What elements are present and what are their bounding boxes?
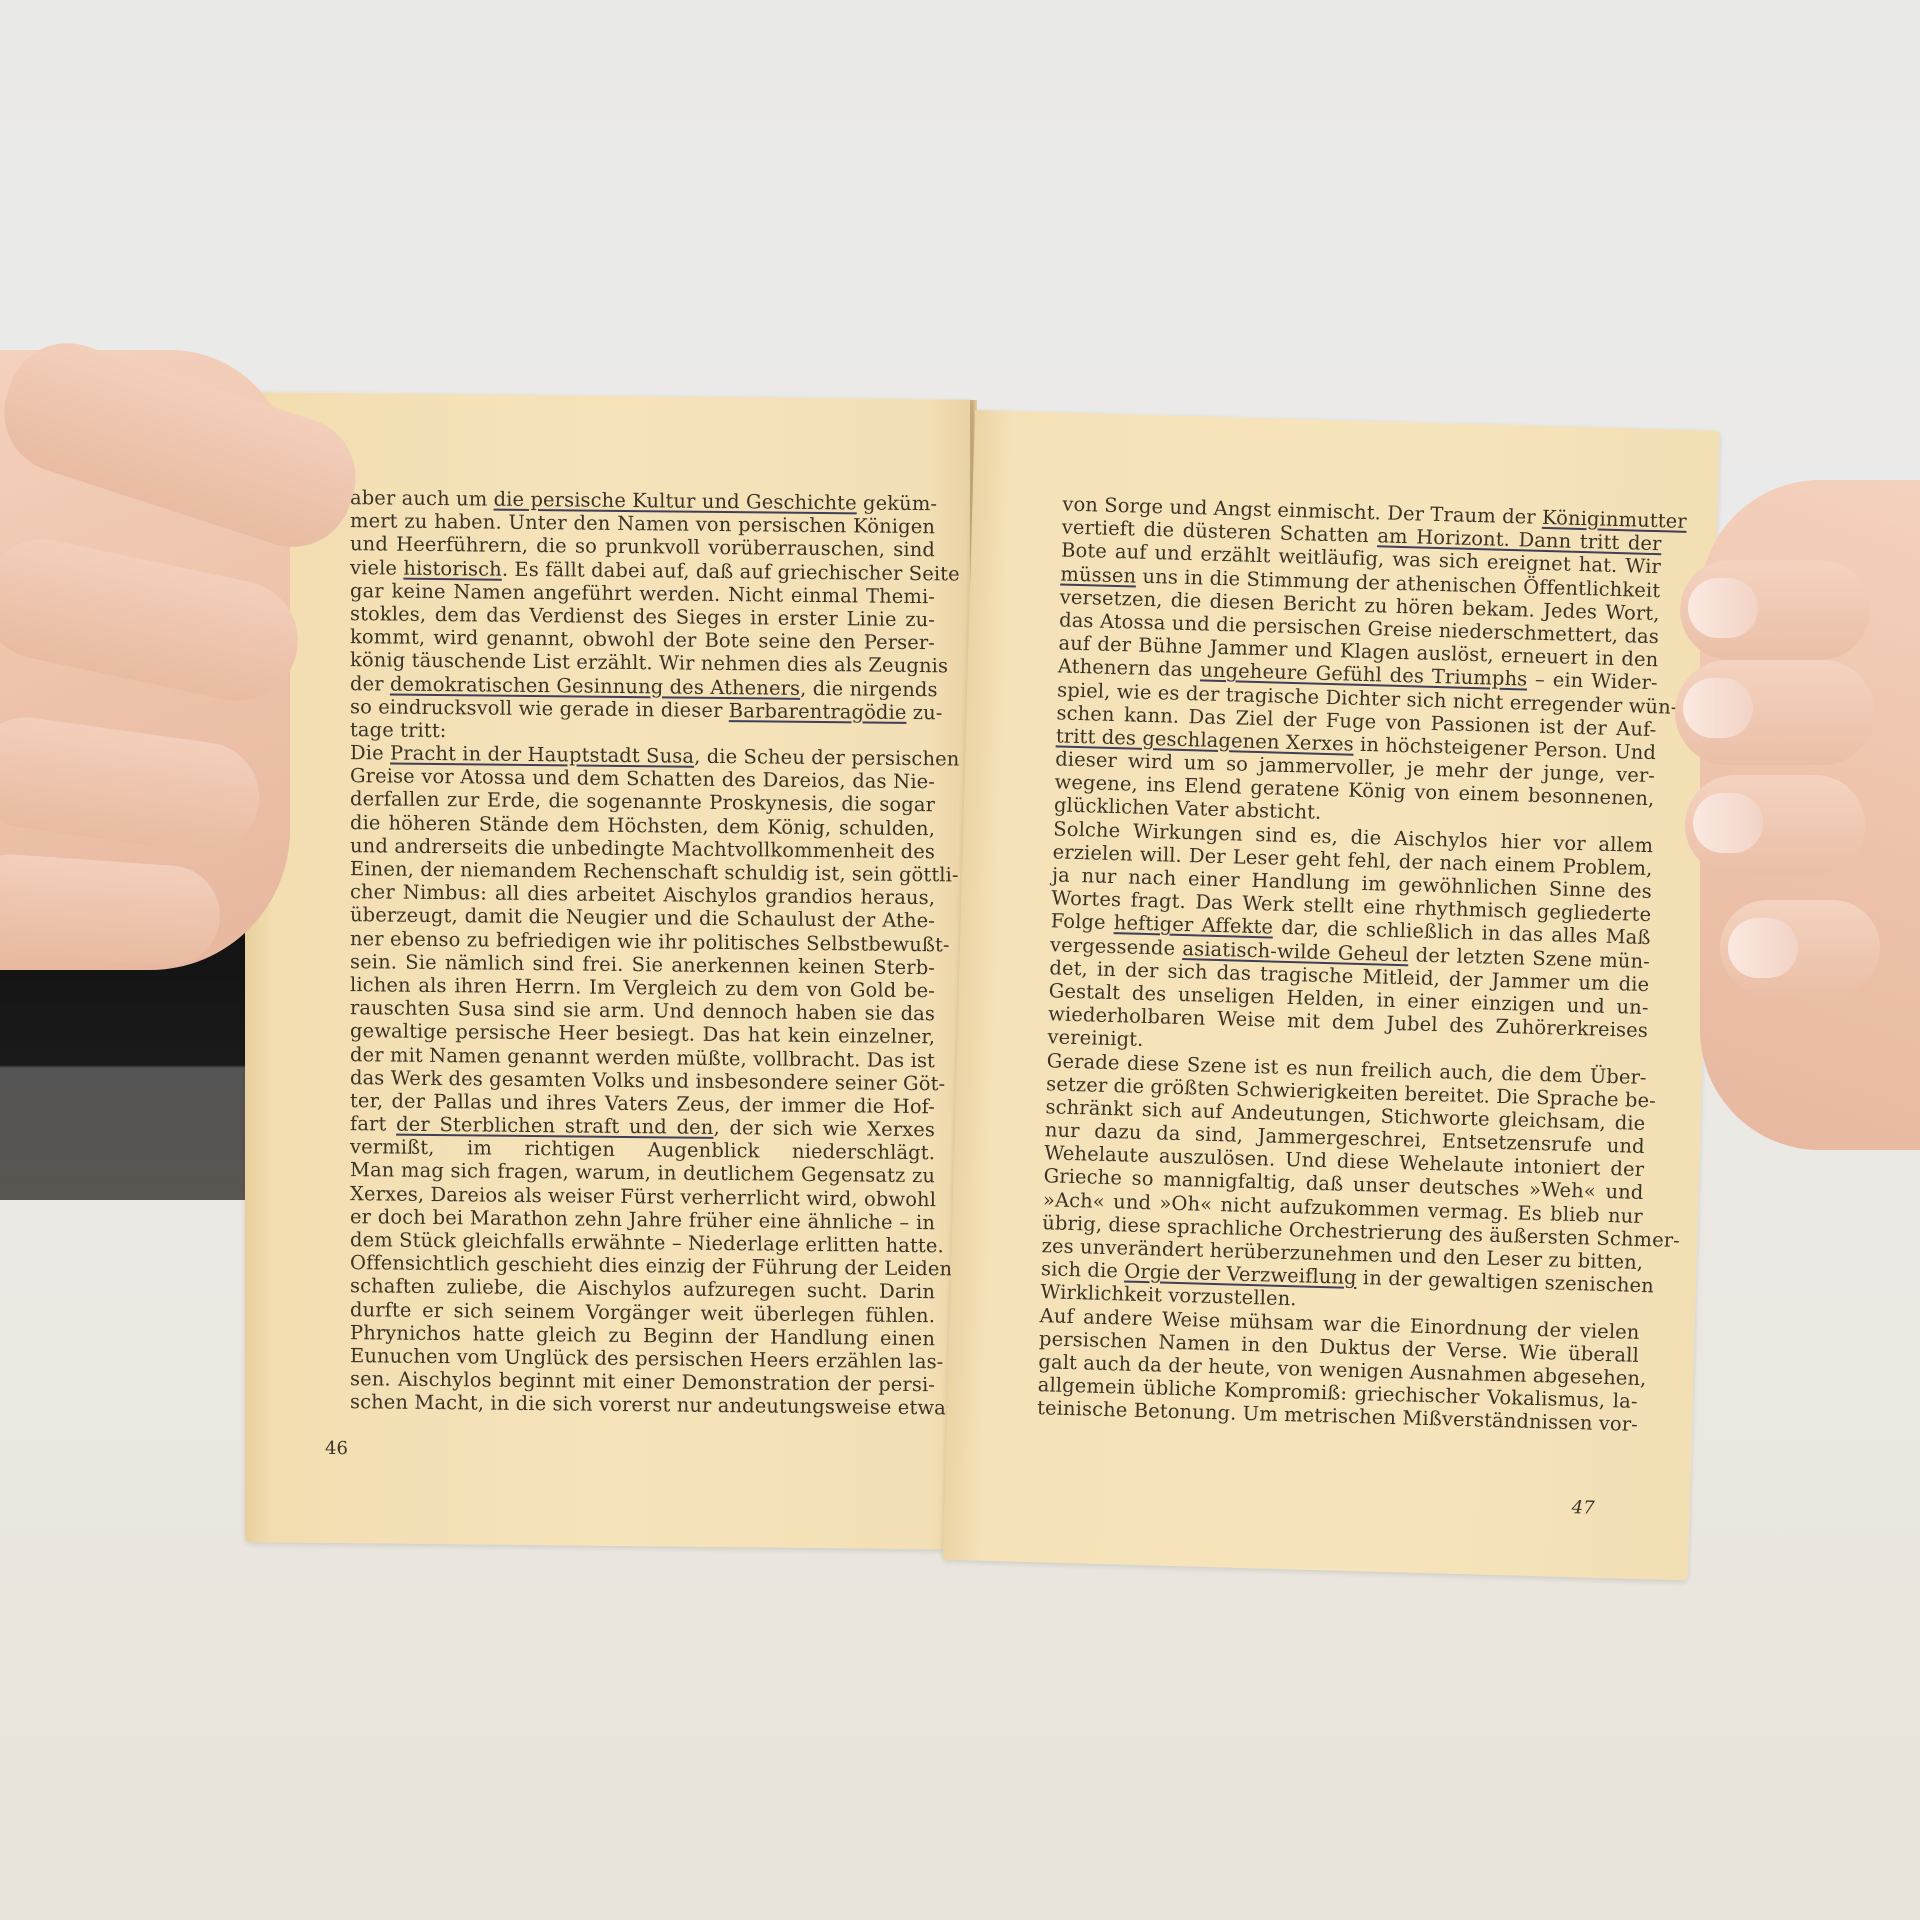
text-line: schen Macht, in die sich vorerst nur and…: [350, 1390, 935, 1419]
photo-scene: aber auch um die persische Kultur und Ge…: [0, 0, 1920, 1920]
right-page: von Sorge und Angst einmischt. Der Traum…: [943, 410, 1720, 1580]
right-hand-finger: [1680, 560, 1870, 660]
left-page-number: 46: [325, 1438, 348, 1459]
right-hand-finger: [1675, 660, 1875, 765]
right-hand-finger: [1685, 775, 1865, 875]
pen-underline: der Sterblichen straft und den: [396, 1113, 713, 1139]
left-page-text: aber auch um die persische Kultur und Ge…: [350, 486, 935, 1420]
right-hand-thumb: [1720, 900, 1880, 995]
pen-underline: Barbarentragödie: [729, 699, 907, 724]
fingernail: [1728, 918, 1798, 978]
pen-underline: historisch: [403, 556, 501, 580]
right-page-number: 47: [1571, 1497, 1594, 1519]
left-page: aber auch um die persische Kultur und Ge…: [245, 392, 970, 1550]
open-book: aber auch um die persische Kultur und Ge…: [0, 0, 1920, 1920]
fingernail: [1688, 578, 1758, 638]
fingernail: [1693, 793, 1763, 853]
pen-underline: Pracht in der Hauptstadt Susa: [390, 742, 694, 768]
pen-underline: müssen: [1060, 562, 1136, 587]
right-page-text: von Sorge und Angst einmischt. Der Traum…: [1037, 492, 1663, 1436]
left-hand-finger: [0, 851, 223, 969]
fingernail: [1683, 678, 1753, 738]
